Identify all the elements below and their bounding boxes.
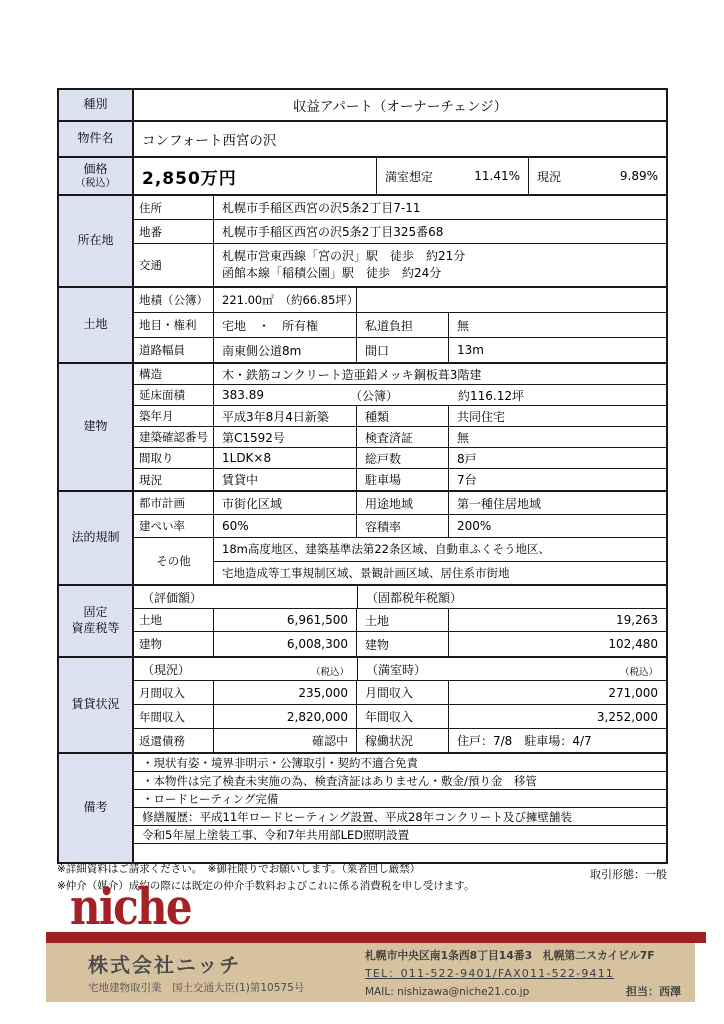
footnote-1: ※詳細資料はご請求ください。 ※御社限りでお願いします。（業者回し厳禁） [57, 861, 617, 878]
property-detail-table: 種別 収益アパート（オーナーチェンジ） 物件名 コンフォート西宮の沢 価格 （税… [57, 88, 668, 864]
company-contact-person: 担当：西澤 [626, 983, 681, 999]
label-price: 価格 （税込） [59, 158, 134, 194]
label-land: 土地 [59, 288, 134, 362]
frontage-label: 間口 [357, 338, 449, 362]
private-road-label: 私道負担 [357, 313, 449, 337]
tax-land-annual-label: 土地 [357, 609, 449, 631]
total-units-label: 総戸数 [357, 448, 449, 468]
remarks-line: 令和5年屋上塗装工事、令和7年共用部LED照明設置 [134, 826, 666, 843]
road-width-value: 南東側公道8m [214, 338, 357, 362]
rent-full-tax-note: （税込） [620, 664, 658, 679]
legal-other-line2: 宅地造成等工事規制区域、景観計画区域、居住系市街地 [214, 562, 666, 585]
company-footer-band: 株式会社ニッチ 宅地建物取引業 国土交通大臣(1)第10575号 札幌市中央区南… [46, 943, 695, 1002]
type-value: 収益アパート（オーナーチェンジ） [134, 90, 666, 120]
floor-area-value: 383.89 [222, 388, 350, 402]
structure-label: 構造 [134, 364, 214, 384]
legal-other-line1: 18m高度地区、建築基準法第22条区域、自動車ふくそう地区、 [214, 538, 666, 562]
floor-area-tsubo: 約116.12坪 [458, 387, 524, 404]
address-label: 住所 [134, 196, 214, 219]
section-property-tax: 固定 資産税等 （評価額） （固都税年税額） 土地 6,961,500 土地 1… [59, 586, 666, 658]
label-location: 所在地 [59, 196, 134, 286]
label-legal: 法的規制 [59, 492, 134, 584]
section-building: 建物 構造 木・鉄筋コンクリート造亜鉛メッキ鋼板葺3階建 延床面積 383.89… [59, 364, 666, 492]
remarks-line-empty [134, 844, 666, 862]
tax-land-eval-label: 土地 [134, 609, 214, 631]
company-right-block: 札幌市中央区南1条西8丁目14番3 札幌第二スカイビル7F TEL：011-52… [365, 943, 695, 1002]
zoning-label: 用途地域 [357, 492, 449, 514]
lot-number-label: 地番 [134, 220, 214, 243]
built-date-value: 平成3年8月4日新築 [214, 406, 357, 426]
label-rental-status: 賃貸状況 [59, 658, 134, 752]
inspection-cert-label: 検査済証 [357, 427, 449, 447]
rent-full-header: （満室時） [366, 661, 426, 678]
deal-type: 取引形態：一般 [590, 866, 667, 882]
frontage-value: 13m [449, 338, 666, 362]
red-divider-bar [46, 932, 706, 943]
building-kind-label: 種類 [357, 406, 449, 426]
private-road-value: 無 [449, 313, 666, 337]
floor-area-label: 延床面積 [134, 385, 214, 405]
label-property-name: 物件名 [59, 122, 134, 156]
company-address: 札幌市中央区南1条西8丁目14番3 札幌第二スカイビル7F [365, 948, 681, 963]
built-date-label: 築年月 [134, 406, 214, 426]
occupancy-label: 稼働状況 [357, 729, 449, 752]
tax-building-eval-label: 建物 [134, 632, 214, 656]
land-category-value: 宅地 ・ 所有権 [214, 313, 357, 337]
building-kind-value: 共同住宅 [449, 406, 666, 426]
city-plan-value: 市街化区域 [214, 492, 357, 514]
remarks-line: ・ロードヒーティング完備 [134, 790, 666, 807]
tax-building-annual-label: 建物 [357, 632, 449, 656]
permit-number-value: 第C1592号 [214, 427, 357, 447]
monthly-income-current: 235,000 [214, 681, 357, 704]
property-flyer-page: 種別 収益アパート（オーナーチェンジ） 物件名 コンフォート西宮の沢 価格 （税… [0, 0, 724, 1024]
remarks-line: ・現状有姿・境界非明示・公簿取引・契約不適合免責 [134, 754, 666, 771]
parking-value: 7台 [449, 469, 666, 490]
remarks-line: ・本物件は完了検査未実施の為、検査済証はありません・敷金/預り金 移管 [134, 772, 666, 789]
company-license: 宅地建物取引業 国土交通大臣(1)第10575号 [88, 980, 304, 995]
company-left-block: 株式会社ニッチ 宅地建物取引業 国土交通大臣(1)第10575号 [46, 943, 304, 1002]
refund-obligation-value: 確認中 [214, 729, 357, 752]
annual-income-full-label: 年間収入 [357, 705, 449, 728]
price-value: 2,850万円 [134, 158, 377, 194]
refund-obligation-label: 返還債務 [134, 729, 214, 752]
lot-number-value: 札幌市手稲区西宮の沢5条2丁目325番68 [214, 220, 666, 243]
layout-value: 1LDK×8 [214, 448, 357, 468]
floor-area-ratio-value: 200% [449, 515, 666, 537]
land-area-label: 地積（公簿） [134, 288, 214, 312]
zoning-value: 第一種住居地域 [449, 492, 666, 514]
city-plan-label: 都市計画 [134, 492, 214, 514]
tax-annual-header: （固都税年税額） [358, 586, 666, 608]
label-price-top: 価格 [83, 162, 107, 178]
label-property-tax: 固定 資産税等 [59, 586, 134, 656]
building-status-label: 現況 [134, 469, 214, 490]
land-area-value: 221.00㎡ （約66.85坪） [214, 288, 357, 312]
section-type: 種別 収益アパート（オーナーチェンジ） [59, 90, 666, 122]
annual-income-full: 3,252,000 [449, 705, 666, 728]
section-rental-status: 賃貸状況 （現況） （税込） （満室時） （税込） 月間収入 235,000 月… [59, 658, 666, 754]
remarks-line: 修繕履歴：平成11年ロードヒーティング設置、平成28年コンクリート及び擁壁舗装 [134, 808, 666, 825]
section-land: 土地 地積（公簿） 221.00㎡ （約66.85坪） 地目・権利 宅地 ・ 所… [59, 288, 666, 364]
section-remarks: 備考 ・現状有姿・境界非明示・公簿取引・契約不適合免責 ・本物件は完了検査未実施… [59, 754, 666, 862]
building-status-value: 賃貸中 [214, 469, 357, 490]
full-occupancy-yield-value: 11.41% [474, 169, 520, 183]
address-value: 札幌市手稲区西宮の沢5条2丁目7-11 [214, 196, 666, 219]
parking-label: 駐車場 [357, 469, 449, 490]
monthly-income-label: 月間収入 [134, 681, 214, 704]
total-units-value: 8戸 [449, 448, 666, 468]
floor-area-ratio-label: 容積率 [357, 515, 449, 537]
layout-label: 間取り [134, 448, 214, 468]
coverage-ratio-value: 60% [214, 515, 357, 537]
section-price: 価格 （税込） 2,850万円 満室想定 11.41% 現況 9.89% [59, 158, 666, 196]
annual-income-label: 年間収入 [134, 705, 214, 728]
tax-building-eval-value: 6,008,300 [214, 632, 357, 656]
current-yield-value: 9.89% [620, 169, 658, 183]
company-name: 株式会社ニッチ [88, 949, 304, 978]
label-building: 建物 [59, 364, 134, 490]
section-location: 所在地 住所 札幌市手稲区西宮の沢5条2丁目7-11 地番 札幌市手稲区西宮の沢… [59, 196, 666, 288]
tax-land-eval-value: 6,961,500 [214, 609, 357, 631]
floor-area-note: （公簿） [350, 387, 458, 404]
land-category-label: 地目・権利 [134, 313, 214, 337]
tax-eval-header: （評価額） [134, 586, 358, 608]
property-name-value: コンフォート西宮の沢 [134, 122, 666, 156]
label-price-bottom: （税込） [76, 177, 116, 190]
access-value: 札幌市営東西線「宮の沢」駅 徒歩 約21分 函館本線「稲積公園」駅 徒歩 約24… [214, 244, 666, 286]
section-legal: 法的規制 都市計画 市街化区域 用途地域 第一種住居地域 建ぺい率 60% 容積… [59, 492, 666, 586]
land-area-empty-cell [357, 288, 666, 312]
access-label: 交通 [134, 244, 214, 286]
label-type: 種別 [59, 90, 134, 120]
permit-number-label: 建築確認番号 [134, 427, 214, 447]
inspection-cert-value: 無 [449, 427, 666, 447]
company-mail: MAIL: nishizawa@niche21.co.jp [365, 986, 529, 998]
coverage-ratio-label: 建ぺい率 [134, 515, 214, 537]
section-property-name: 物件名 コンフォート西宮の沢 [59, 122, 666, 158]
rent-current-header: （現況） [142, 661, 190, 678]
company-tel-fax: TEL：011-522-9401/FAX011-522-9411 [365, 965, 681, 981]
full-occupancy-yield-label: 満室想定 [385, 168, 433, 185]
occupancy-value: 住戸：7/8 駐車場：4/7 [449, 729, 666, 752]
monthly-income-full-label: 月間収入 [357, 681, 449, 704]
niche-logo: niche [70, 882, 191, 932]
rent-current-tax-note: （税込） [311, 664, 349, 679]
label-remarks: 備考 [59, 754, 134, 862]
tax-land-annual-value: 19,263 [449, 609, 666, 631]
legal-other-label: その他 [134, 538, 214, 584]
road-width-label: 道路幅員 [134, 338, 214, 362]
structure-value: 木・鉄筋コンクリート造亜鉛メッキ鋼板葺3階建 [214, 364, 666, 384]
annual-income-current: 2,820,000 [214, 705, 357, 728]
monthly-income-full: 271,000 [449, 681, 666, 704]
tax-building-annual-value: 102,480 [449, 632, 666, 656]
current-yield-label: 現況 [537, 168, 561, 185]
